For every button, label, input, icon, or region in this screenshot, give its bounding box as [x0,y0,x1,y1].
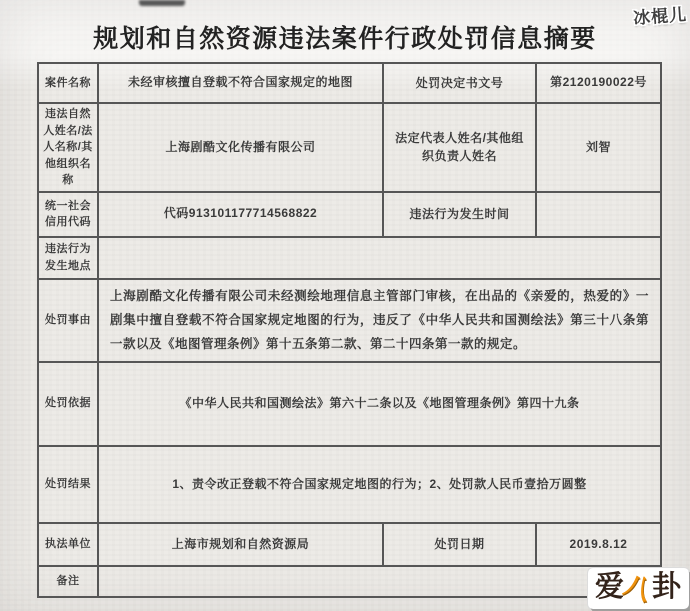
table-row: 执法单位 上海市规划和自然资源局 处罚日期 2019.8.12 [38,523,661,566]
table-row: 处罚事由 上海剧酷文化传播有限公司未经测绘地理信息主管部门审核，在出品的《亲爱的… [38,279,661,362]
table-row: 违法自然人姓名/法人名称/其他组织名称 上海剧酷文化传播有限公司 法定代表人姓名… [38,103,661,192]
penalty-document: 规划和自然资源违法案件行政处罚信息摘要 案件名称 未经审核擅自登载不符合国家规定… [0,0,690,611]
violator-name-label: 违法自然人姓名/法人名称/其他组织名称 [38,103,98,192]
penalty-table: 案件名称 未经审核擅自登载不符合国家规定的地图 处罚决定书文号 第2120190… [37,62,662,598]
penalty-date-value: 2019.8.12 [536,523,661,566]
document-photo: 规划和自然资源违法案件行政处罚信息摘要 案件名称 未经审核擅自登载不符合国家规定… [0,0,690,611]
aibagua-logo: 爱八卦 [588,568,689,609]
table-row: 统一社会信用代码 代码913101177714568822 违法行为发生时间 [38,192,661,237]
decision-doc-no-label: 处罚决定书文号 [383,63,536,103]
penalty-result-value: 1、责令改正登载不符合国家规定地图的行为；2、处罚款人民币壹拾万圆整 [98,446,661,523]
penalty-basis-value: 《中华人民共和国测绘法》第六十二条以及《地图管理条例》第四十九条 [98,362,661,446]
penalty-date-label: 处罚日期 [383,523,536,566]
case-name-value: 未经审核擅自登载不符合国家规定的地图 [98,63,383,103]
remarks-label: 备注 [38,566,98,597]
penalty-reason-value: 上海剧酷文化传播有限公司未经测绘地理信息主管部门审核，在出品的《亲爱的，热爱的》… [98,279,661,362]
remarks-value [98,566,661,597]
table-row: 备注 [38,566,661,597]
credit-code-value: 代码913101177714568822 [98,192,383,237]
decision-doc-no-value: 第2120190022号 [536,63,661,103]
penalty-basis-label: 处罚依据 [38,362,98,446]
cropped-artifact [139,0,185,6]
legal-rep-label: 法定代表人姓名/其他组织负责人姓名 [383,103,536,192]
penalty-result-label: 处罚结果 [38,446,98,523]
enforcement-agency-label: 执法单位 [38,523,98,566]
watermark-bingguner: 冰棍儿 [632,0,688,29]
table-row: 违法行为发生地点 [38,237,661,279]
table-row: 案件名称 未经审核擅自登载不符合国家规定的地图 处罚决定书文号 第2120190… [38,63,661,103]
violator-name-value: 上海剧酷文化传播有限公司 [98,103,383,192]
page-title: 规划和自然资源违法案件行政处罚信息摘要 [0,19,690,55]
credit-code-label: 统一社会信用代码 [38,192,98,237]
penalty-reason-label: 处罚事由 [38,279,98,362]
enforcement-agency-value: 上海市规划和自然资源局 [98,523,383,566]
violation-time-label: 违法行为发生时间 [383,192,536,237]
legal-rep-value: 刘智 [536,103,661,192]
table-row: 处罚依据 《中华人民共和国测绘法》第六十二条以及《地图管理条例》第四十九条 [38,362,661,446]
violation-place-value [98,237,661,279]
table-row: 处罚结果 1、责令改正登载不符合国家规定地图的行为；2、处罚款人民币壹拾万圆整 [38,446,661,523]
violation-place-label: 违法行为发生地点 [38,237,98,279]
violation-time-value [536,192,661,237]
case-name-label: 案件名称 [38,63,98,103]
